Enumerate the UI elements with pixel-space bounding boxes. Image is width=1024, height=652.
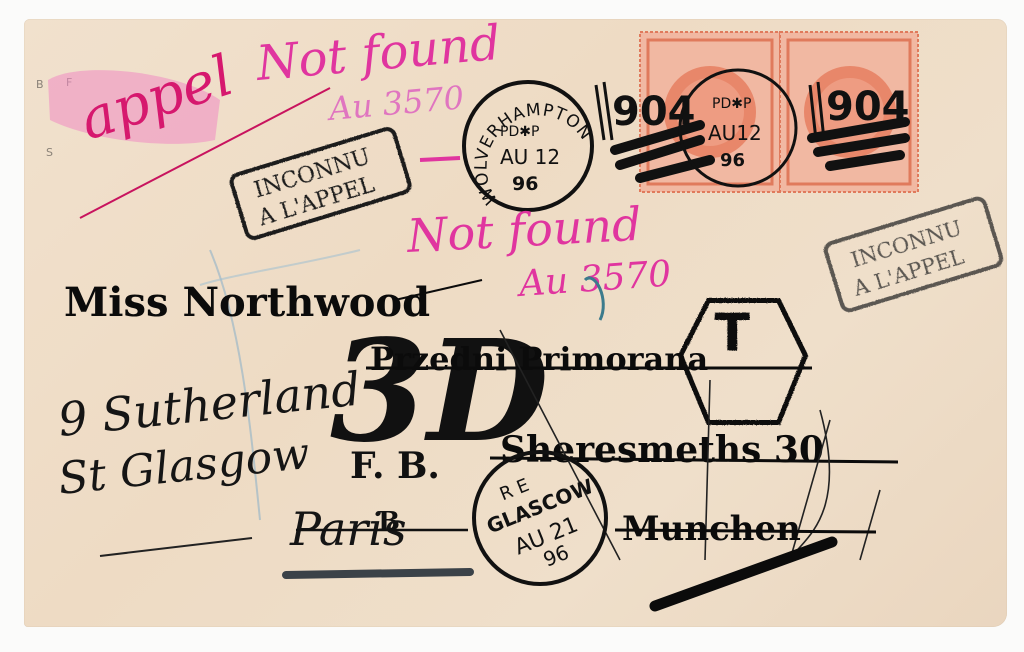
struck-paris: Paris [286,502,470,575]
svg-text:F. B.: F. B. [350,445,440,487]
svg-text:96: 96 [512,173,538,195]
svg-text:Not found: Not found [253,15,503,92]
svg-text:Not found: Not found [405,197,643,263]
svg-text:PD✱P: PD✱P [500,124,539,140]
svg-text:Sheresmeths 30: Sheresmeths 30 [500,429,824,471]
struck-street-line-2: Sheresmeths 30 [490,429,898,471]
svg-text:Przedni Primorana: Przedni Primorana [370,340,708,378]
svg-text:S: S [46,146,53,159]
svg-text:B: B [36,78,44,91]
svg-text:Au 3570: Au 3570 [324,78,465,128]
wolverhampton-postmark: WOLVERHAMPTON PD✱P AU 12 96 [464,82,596,210]
struck-city: Munchen [615,509,876,606]
svg-text:AU12: AU12 [708,121,762,145]
envelope-markings: B F S 904 PD✱P AU12 96 904 [0,0,1024,652]
svg-text:96: 96 [720,150,745,171]
svg-text:PD✱P: PD✱P [712,96,751,112]
svg-text:9 Sutherland: 9 Sutherland [56,362,364,447]
svg-text:AU 12: AU 12 [500,145,560,169]
svg-text:T: T [714,303,750,363]
inconnu-stamp-left: INCONNU A L'APPEL [229,127,411,240]
inconnu-stamp-right: INCONNU A L'APPEL [823,196,1002,311]
